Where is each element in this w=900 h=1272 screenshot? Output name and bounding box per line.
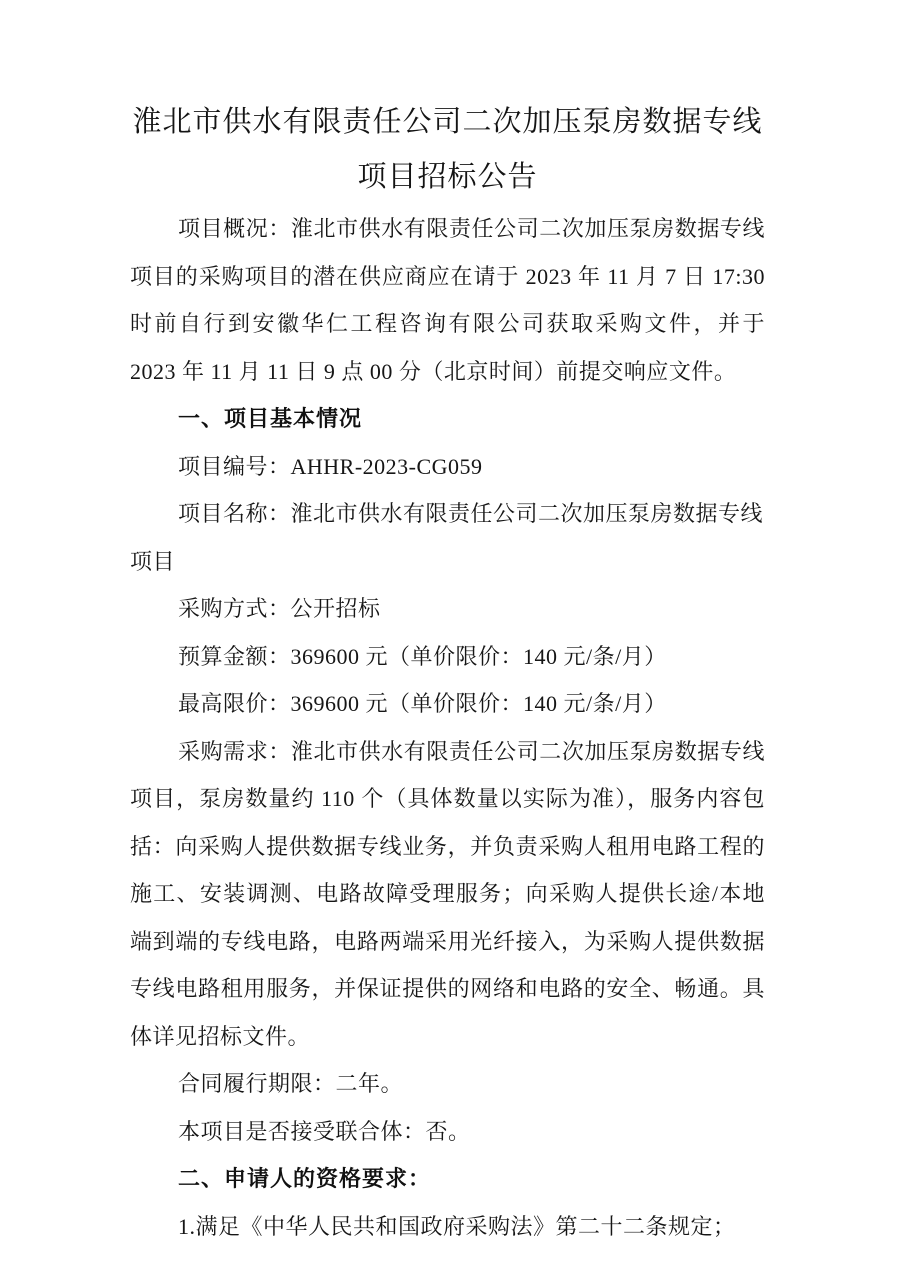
paragraph-project-overview: 项目概况：淮北市供水有限责任公司二次加压泵房数据专线项目的采购项目的潜在供应商应…	[130, 205, 765, 395]
document-title-line-2: 项目招标公告	[130, 150, 765, 205]
line-project-number: 项目编号：AHHR-2023-CG059	[130, 443, 765, 491]
paragraph-procurement-demand: 采购需求：淮北市供水有限责任公司二次加压泵房数据专线项目，泵房数量约 110 个…	[130, 728, 765, 1061]
document-body: 淮北市供水有限责任公司二次加压泵房数据专线 项目招标公告 项目概况：淮北市供水有…	[0, 0, 900, 1250]
line-contract-term: 合同履行期限：二年。	[130, 1060, 765, 1108]
section-heading-applicant-qualifications: 二、申请人的资格要求：	[130, 1155, 765, 1203]
line-consortium-accepted: 本项目是否接受联合体：否。	[130, 1108, 765, 1156]
document-title: 淮北市供水有限责任公司二次加压泵房数据专线 项目招标公告	[130, 95, 765, 205]
line-budget-amount: 预算金额：369600 元（单价限价：140 元/条/月）	[130, 633, 765, 681]
document-title-line-1: 淮北市供水有限责任公司二次加压泵房数据专线	[130, 95, 765, 150]
document-page: 淮北市供水有限责任公司二次加压泵房数据专线 项目招标公告 项目概况：淮北市供水有…	[0, 0, 900, 1272]
line-project-name: 项目名称：淮北市供水有限责任公司二次加压泵房数据专线项目	[130, 490, 765, 585]
line-qualification-1: 1.满足《中华人民共和国政府采购法》第二十二条规定；	[130, 1203, 765, 1251]
line-procurement-method: 采购方式：公开招标	[130, 585, 765, 633]
line-max-price: 最高限价：369600 元（单价限价：140 元/条/月）	[130, 680, 765, 728]
section-heading-basic-info: 一、项目基本情况	[130, 395, 765, 443]
